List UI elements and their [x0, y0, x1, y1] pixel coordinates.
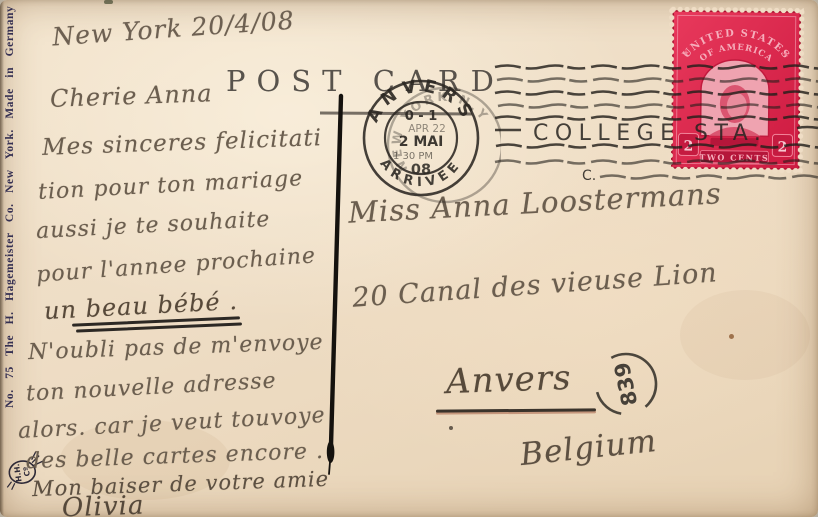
message-line: tion pour ton mariage [38, 166, 304, 205]
speck [449, 426, 453, 430]
divider-line [318, 90, 348, 490]
speck [729, 334, 734, 339]
dateline-handwriting: New York 20/4/08 [51, 6, 295, 52]
cancel-wavy-line [496, 145, 818, 148]
signature: Olivia [62, 491, 145, 517]
address-street: 20 Canal des vieuse Lion [351, 257, 718, 313]
message-salutation: Cherie Anna [50, 79, 213, 113]
city-underline [436, 408, 596, 412]
message-line: alors. car je veut touvoye [18, 403, 327, 444]
publisher-imprint: No. 75 The H. Hagemeister Co. New York. … [4, 20, 16, 408]
postmark-year: 08 [411, 162, 431, 178]
cancel-wavy-line [498, 105, 818, 108]
cancel-dash [797, 127, 818, 128]
message-line: N'oubli pas de m'envoye [28, 330, 324, 365]
postmark-line1: 0 - 1 [405, 109, 438, 124]
address-city: Anvers [445, 358, 572, 402]
speck [104, 0, 113, 4]
cancel-wavy-line [495, 66, 818, 69]
cancel-wavy-line [495, 161, 818, 164]
stamp-perforation [670, 5, 804, 14]
message-line: ton nouvelle adresse [26, 368, 278, 406]
cancel-station-text: COLLEGE STA. [533, 121, 767, 146]
receiving-mark-839: 839 [586, 346, 668, 424]
cancel-sub-mark: C. [582, 168, 596, 184]
cancel-wavy-line [497, 79, 818, 82]
cancel-wavy-line [495, 92, 818, 95]
machine-cancel: COLLEGE STA. C. [488, 56, 818, 190]
cancel-wavy-line [600, 176, 818, 179]
address-country: Belgium [518, 423, 658, 473]
message-line: aussi je te souhaite [36, 207, 271, 244]
receiving-mark-number: 839 [610, 360, 643, 408]
postmark-date: 2 MAI [399, 134, 444, 150]
cancel-wavy-line [495, 117, 818, 120]
arrival-postmark: NEW YORK N.Y. ANVERS ARRIVEE 0 - 1 APR 2… [351, 64, 501, 220]
postmark-ghost-time: 1 30 PM [393, 151, 433, 162]
postcard-back: No. 75 The H. Hagemeister Co. New York. … [0, 0, 818, 517]
message-line: pour l'annee prochaine [35, 243, 316, 287]
paper-stain [680, 290, 810, 380]
message-line: Mes sinceres felicitati [42, 125, 323, 161]
